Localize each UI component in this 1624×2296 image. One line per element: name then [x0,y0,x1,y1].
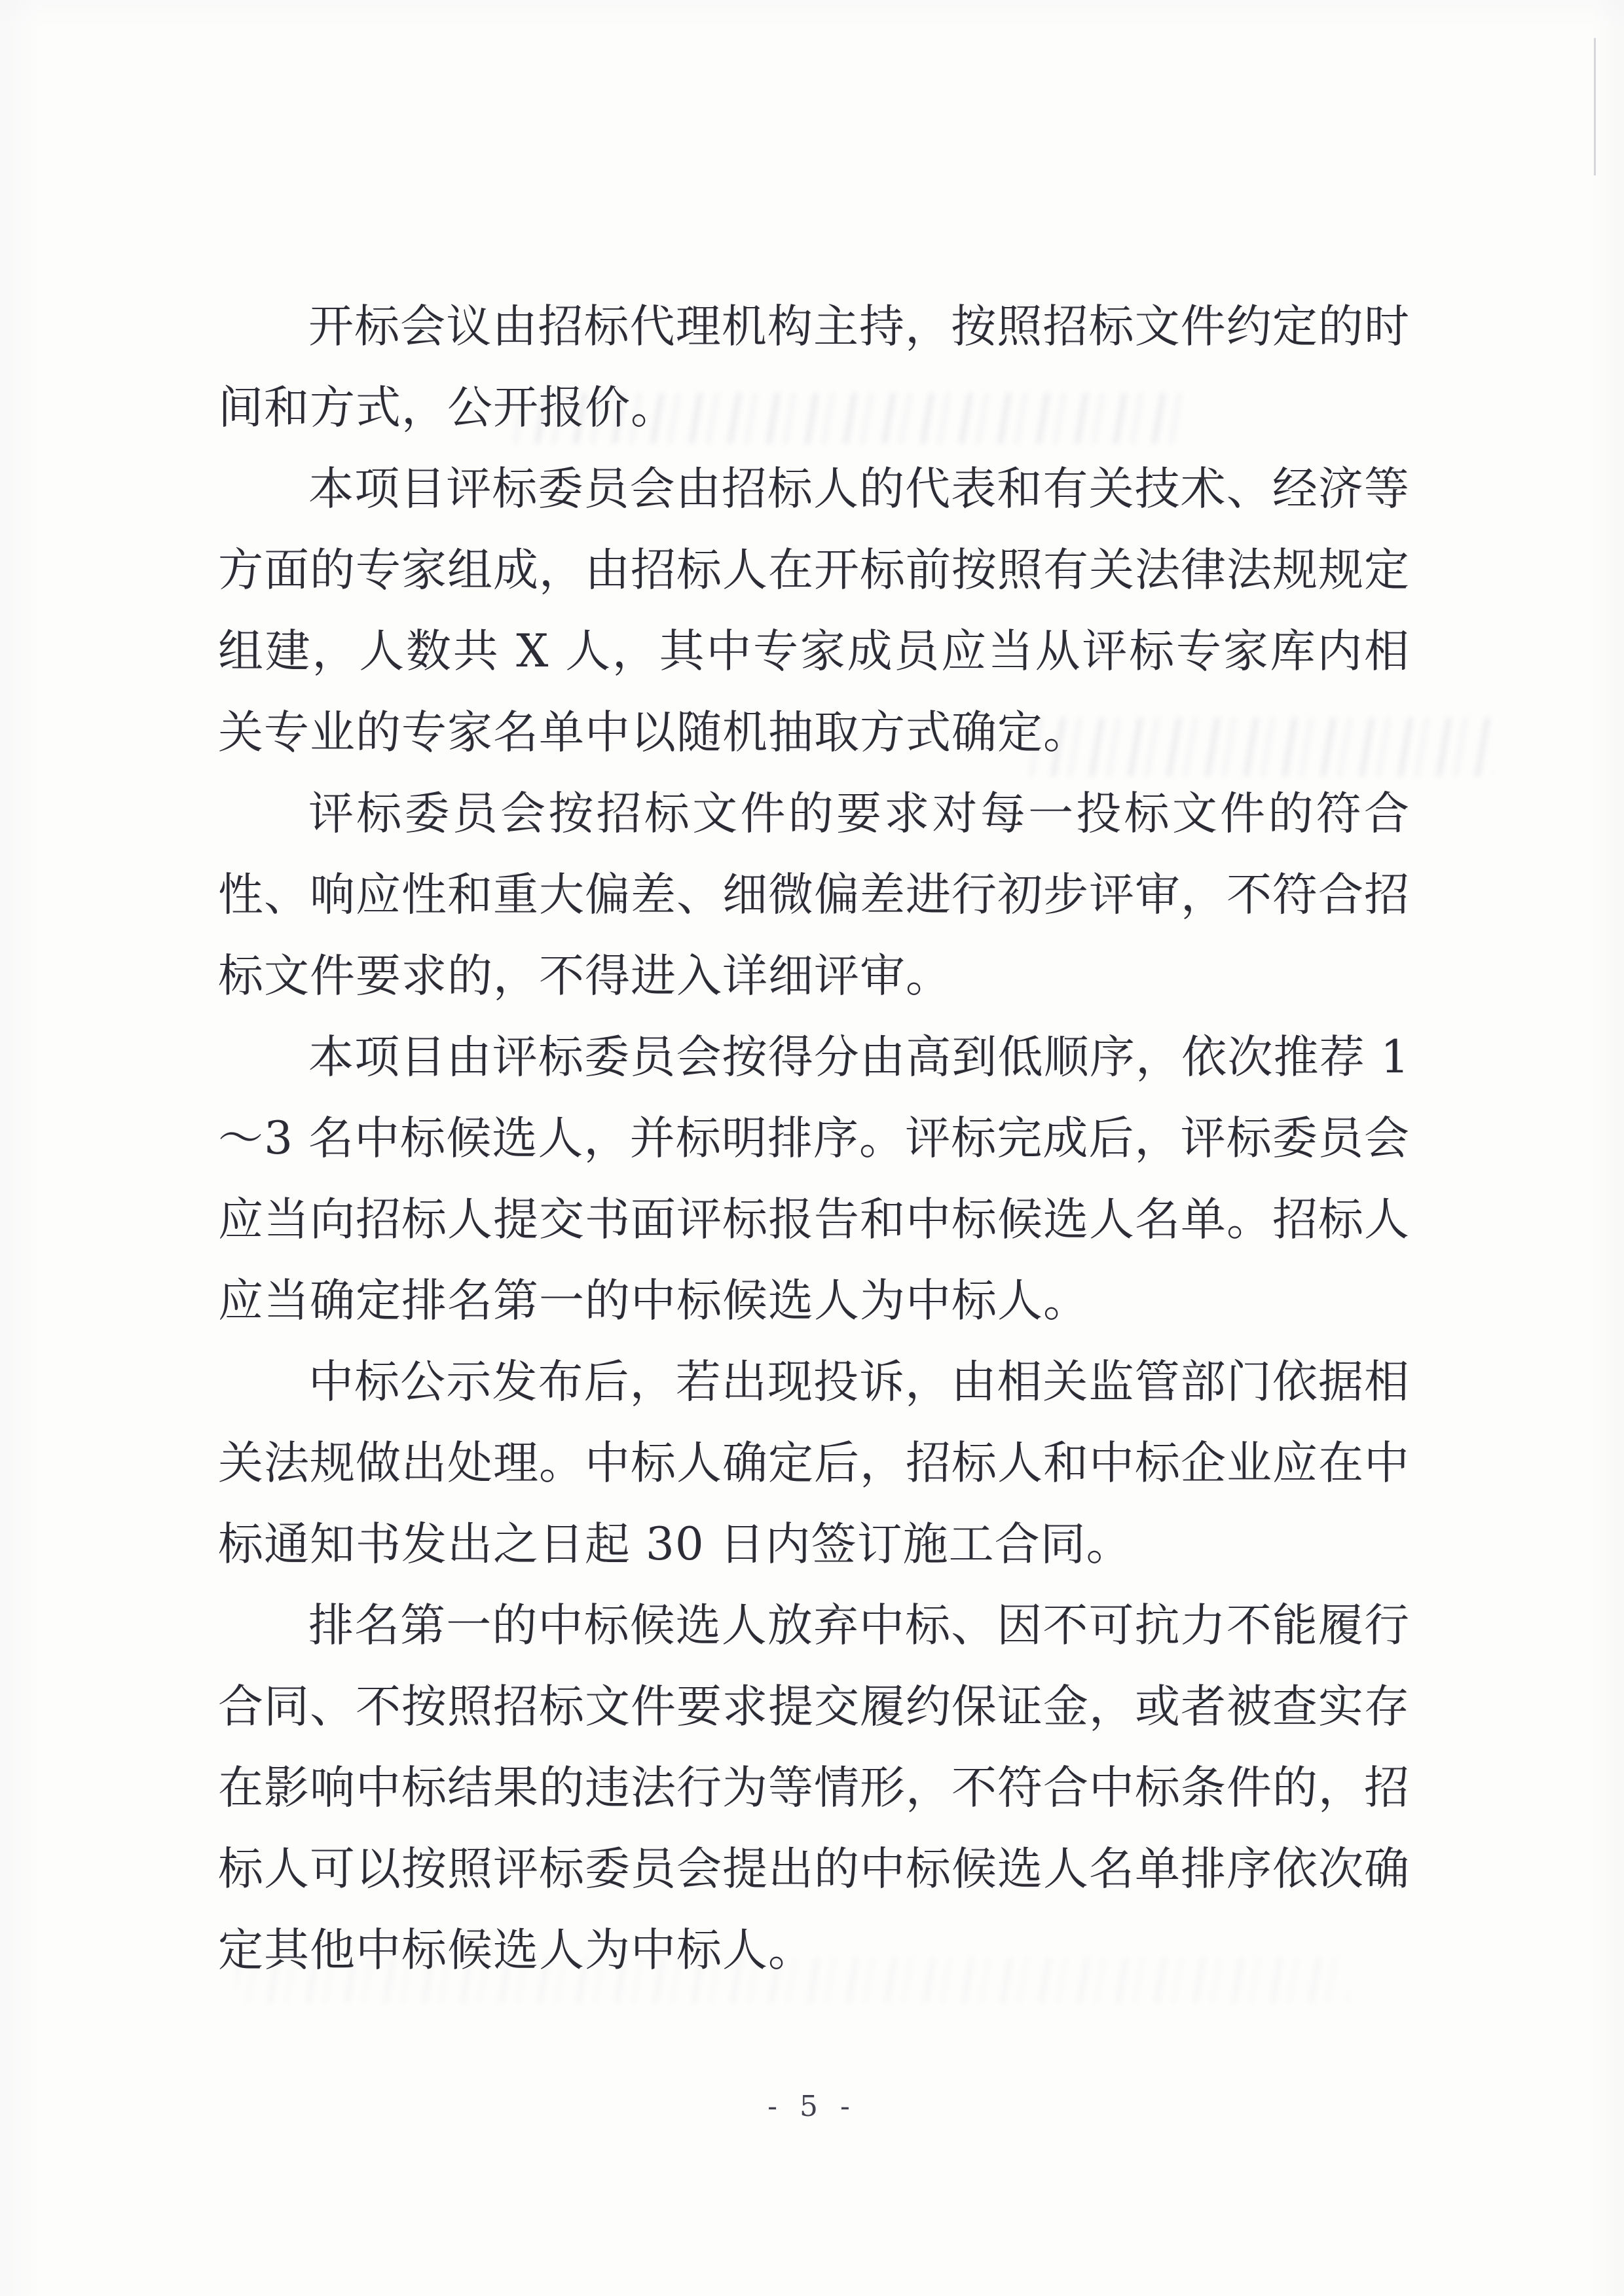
paragraph-candidate-ranking: 本项目由评标委员会按得分由高到低顺序，依次推荐 1～3 名中标候选人，并标明排序… [218,1017,1410,1341]
paragraph-award-publicity: 中标公示发布后，若出现投诉，由相关监管部门依据相关法规做出处理。中标人确定后，招… [218,1341,1410,1585]
paragraph-evaluation-committee: 本项目评标委员会由招标人的代表和有关技术、经济等方面的专家组成，由招标人在开标前… [218,448,1410,773]
paragraph-candidate-replacement: 排名第一的中标候选人放弃中标、因不可抗力不能履行合同、不按照招标文件要求提交履约… [218,1585,1410,1991]
scanner-streak-artifact [1594,38,1596,175]
paragraph-preliminary-review: 评标委员会按招标文件的要求对每一投标文件的符合性、响应性和重大偏差、细微偏差进行… [218,773,1410,1017]
document-body: 开标会议由招标代理机构主持，按照招标文件约定的时间和方式，公开报价。 本项目评标… [218,286,1410,1991]
scanned-document-page: 开标会议由招标代理机构主持，按照招标文件约定的时间和方式，公开报价。 本项目评标… [0,0,1624,2296]
paragraph-opening-meeting: 开标会议由招标代理机构主持，按照招标文件约定的时间和方式，公开报价。 [218,286,1410,448]
page-number: - 5 - [0,2090,1624,2124]
